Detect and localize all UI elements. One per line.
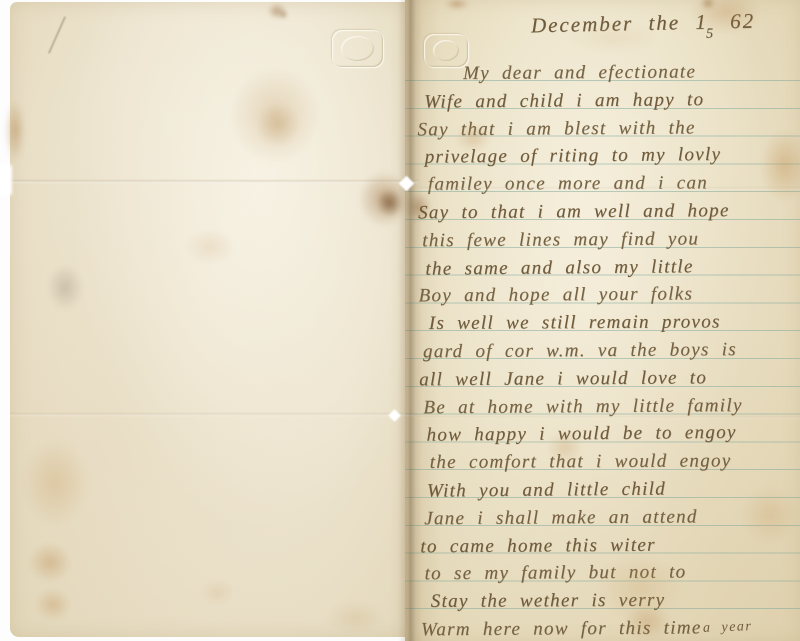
pencil-scratch: [48, 16, 66, 53]
letter-line: gard of cor w.m. va the boys is: [423, 336, 797, 366]
letter-line: to se my family but not to: [424, 558, 798, 588]
letter-line: to came home this witer: [420, 530, 794, 560]
fold-crease: [418, 187, 800, 190]
embossed-stamp-left: [332, 30, 383, 67]
letter-line: Is well we still remain provos: [429, 308, 800, 338]
right-page-written: December the 15 62 My dear and efectiona…: [405, 0, 800, 641]
letter-line: Boy and hope all your folks: [419, 280, 793, 310]
fold-crease: [418, 416, 800, 419]
letter-line: the comfort that i would engoy: [430, 447, 800, 477]
letter-body: My dear and efectionate Wife and child i…: [421, 58, 799, 641]
date-inserted-digit: 5: [706, 26, 715, 41]
letter-line: familey once more and i can: [428, 169, 800, 199]
letter-line: Wife and child i am hapy to: [424, 85, 798, 116]
letter-line: all well Jane i would love to: [419, 363, 793, 393]
letter-line: the same and also my little: [425, 252, 799, 283]
fold-crease: [10, 413, 414, 416]
letter-scan: December the 15 62 My dear and efectiona…: [0, 0, 800, 641]
letter-postscript: a year: [703, 619, 753, 637]
paper-edge-notch: [0, 165, 12, 195]
letter-line: privelage of riting to my lovly: [425, 141, 799, 172]
letter-line: Say that i am blest with the: [417, 113, 791, 143]
letter-line: Stay the wether is verry: [431, 586, 800, 616]
letter-line: My dear and efectionate: [421, 58, 795, 88]
letter-line: how happy i would be to engoy: [426, 419, 800, 450]
letter-line: Jane i shall make an attend: [424, 502, 798, 532]
date-text-before: December the 1: [531, 10, 708, 38]
letter-date: December the 15 62: [531, 9, 756, 47]
fold-crease: [10, 180, 418, 183]
letter-line: this fewe lines may find you: [422, 224, 796, 254]
date-text-after: 62: [730, 9, 755, 34]
letter-line: Say to that i am well and hope: [418, 197, 792, 227]
left-page-blank: [10, 2, 418, 637]
letter-line: With you and little child: [427, 474, 800, 505]
embossed-stamp-right: [424, 34, 468, 67]
